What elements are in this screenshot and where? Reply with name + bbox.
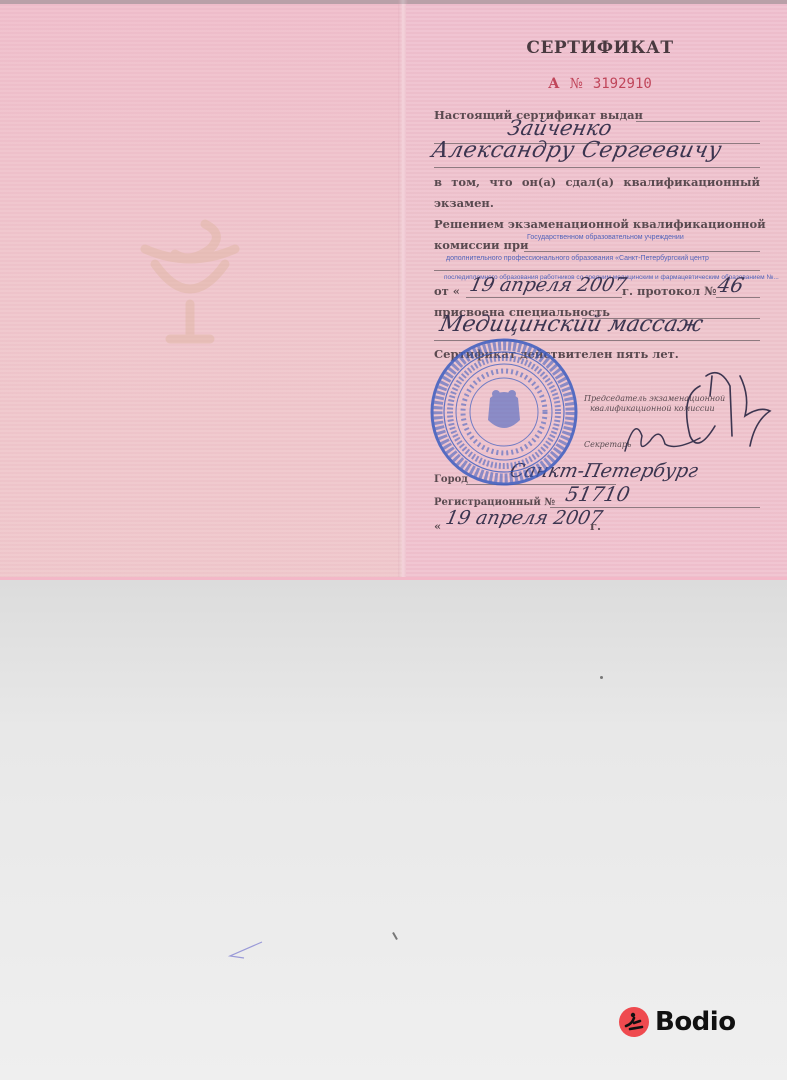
certificate-left-page: [0, 4, 402, 580]
bodio-watermark-logo: Bodio: [619, 1004, 736, 1040]
issue-date-suffix: г.: [590, 519, 601, 533]
booklet-bottom-edge: [0, 577, 787, 580]
protocol-label: г. протокол №: [622, 284, 717, 298]
date-rule: [466, 297, 622, 298]
number-sign: №: [570, 76, 583, 92]
dust-dot: [600, 676, 603, 679]
institution-line-2: дополнительного профессионального образо…: [446, 255, 709, 262]
exam-date: 19 апреля 2007: [468, 274, 629, 296]
commission-label: комиссии при: [434, 238, 529, 252]
pen-mark: [226, 938, 266, 962]
recipient-name-patronymic: Александру Сергеевичу: [429, 138, 724, 163]
commission-rule: [524, 251, 760, 252]
protocol-rule: [716, 297, 760, 298]
passed-exam-text: в том, что он(а) сдал(а) квалификационны…: [434, 175, 760, 189]
passed-exam-text-2: экзамен.: [434, 196, 494, 210]
issue-date-prefix: «: [434, 519, 441, 533]
specialty-value: Медицинский массаж: [437, 312, 705, 337]
bodio-logo-icon: [619, 1007, 649, 1037]
certificate-series: А: [548, 76, 559, 92]
name-rule: [434, 167, 760, 168]
certificate-serial: А№3192910: [470, 76, 730, 92]
date-prefix: от «: [434, 284, 460, 298]
decision-text: Решением экзаменационной квалификационно…: [434, 217, 760, 231]
recipient-surname: Зайченко: [505, 116, 614, 140]
issued-to-rule: [636, 121, 760, 122]
secretary-signature: [620, 416, 710, 456]
issue-date: 19 апреля 2007: [444, 507, 605, 529]
official-round-stamp-icon: [428, 336, 580, 488]
certificate-number: 3192910: [593, 76, 652, 92]
bodio-logo-text: Bodio: [655, 1007, 736, 1037]
certificate-title: СЕРТИФИКАТ: [470, 38, 730, 58]
bowl-of-hygieia-emblem-icon: [135, 209, 245, 349]
institution-line-1: Государственном образовательном учрежден…: [527, 234, 684, 241]
institution-rule: [434, 270, 760, 271]
protocol-number: 46: [715, 273, 746, 297]
certificate-booklet: СЕРТИФИКАТ А№3192910 Настоящий сертифика…: [0, 0, 787, 580]
